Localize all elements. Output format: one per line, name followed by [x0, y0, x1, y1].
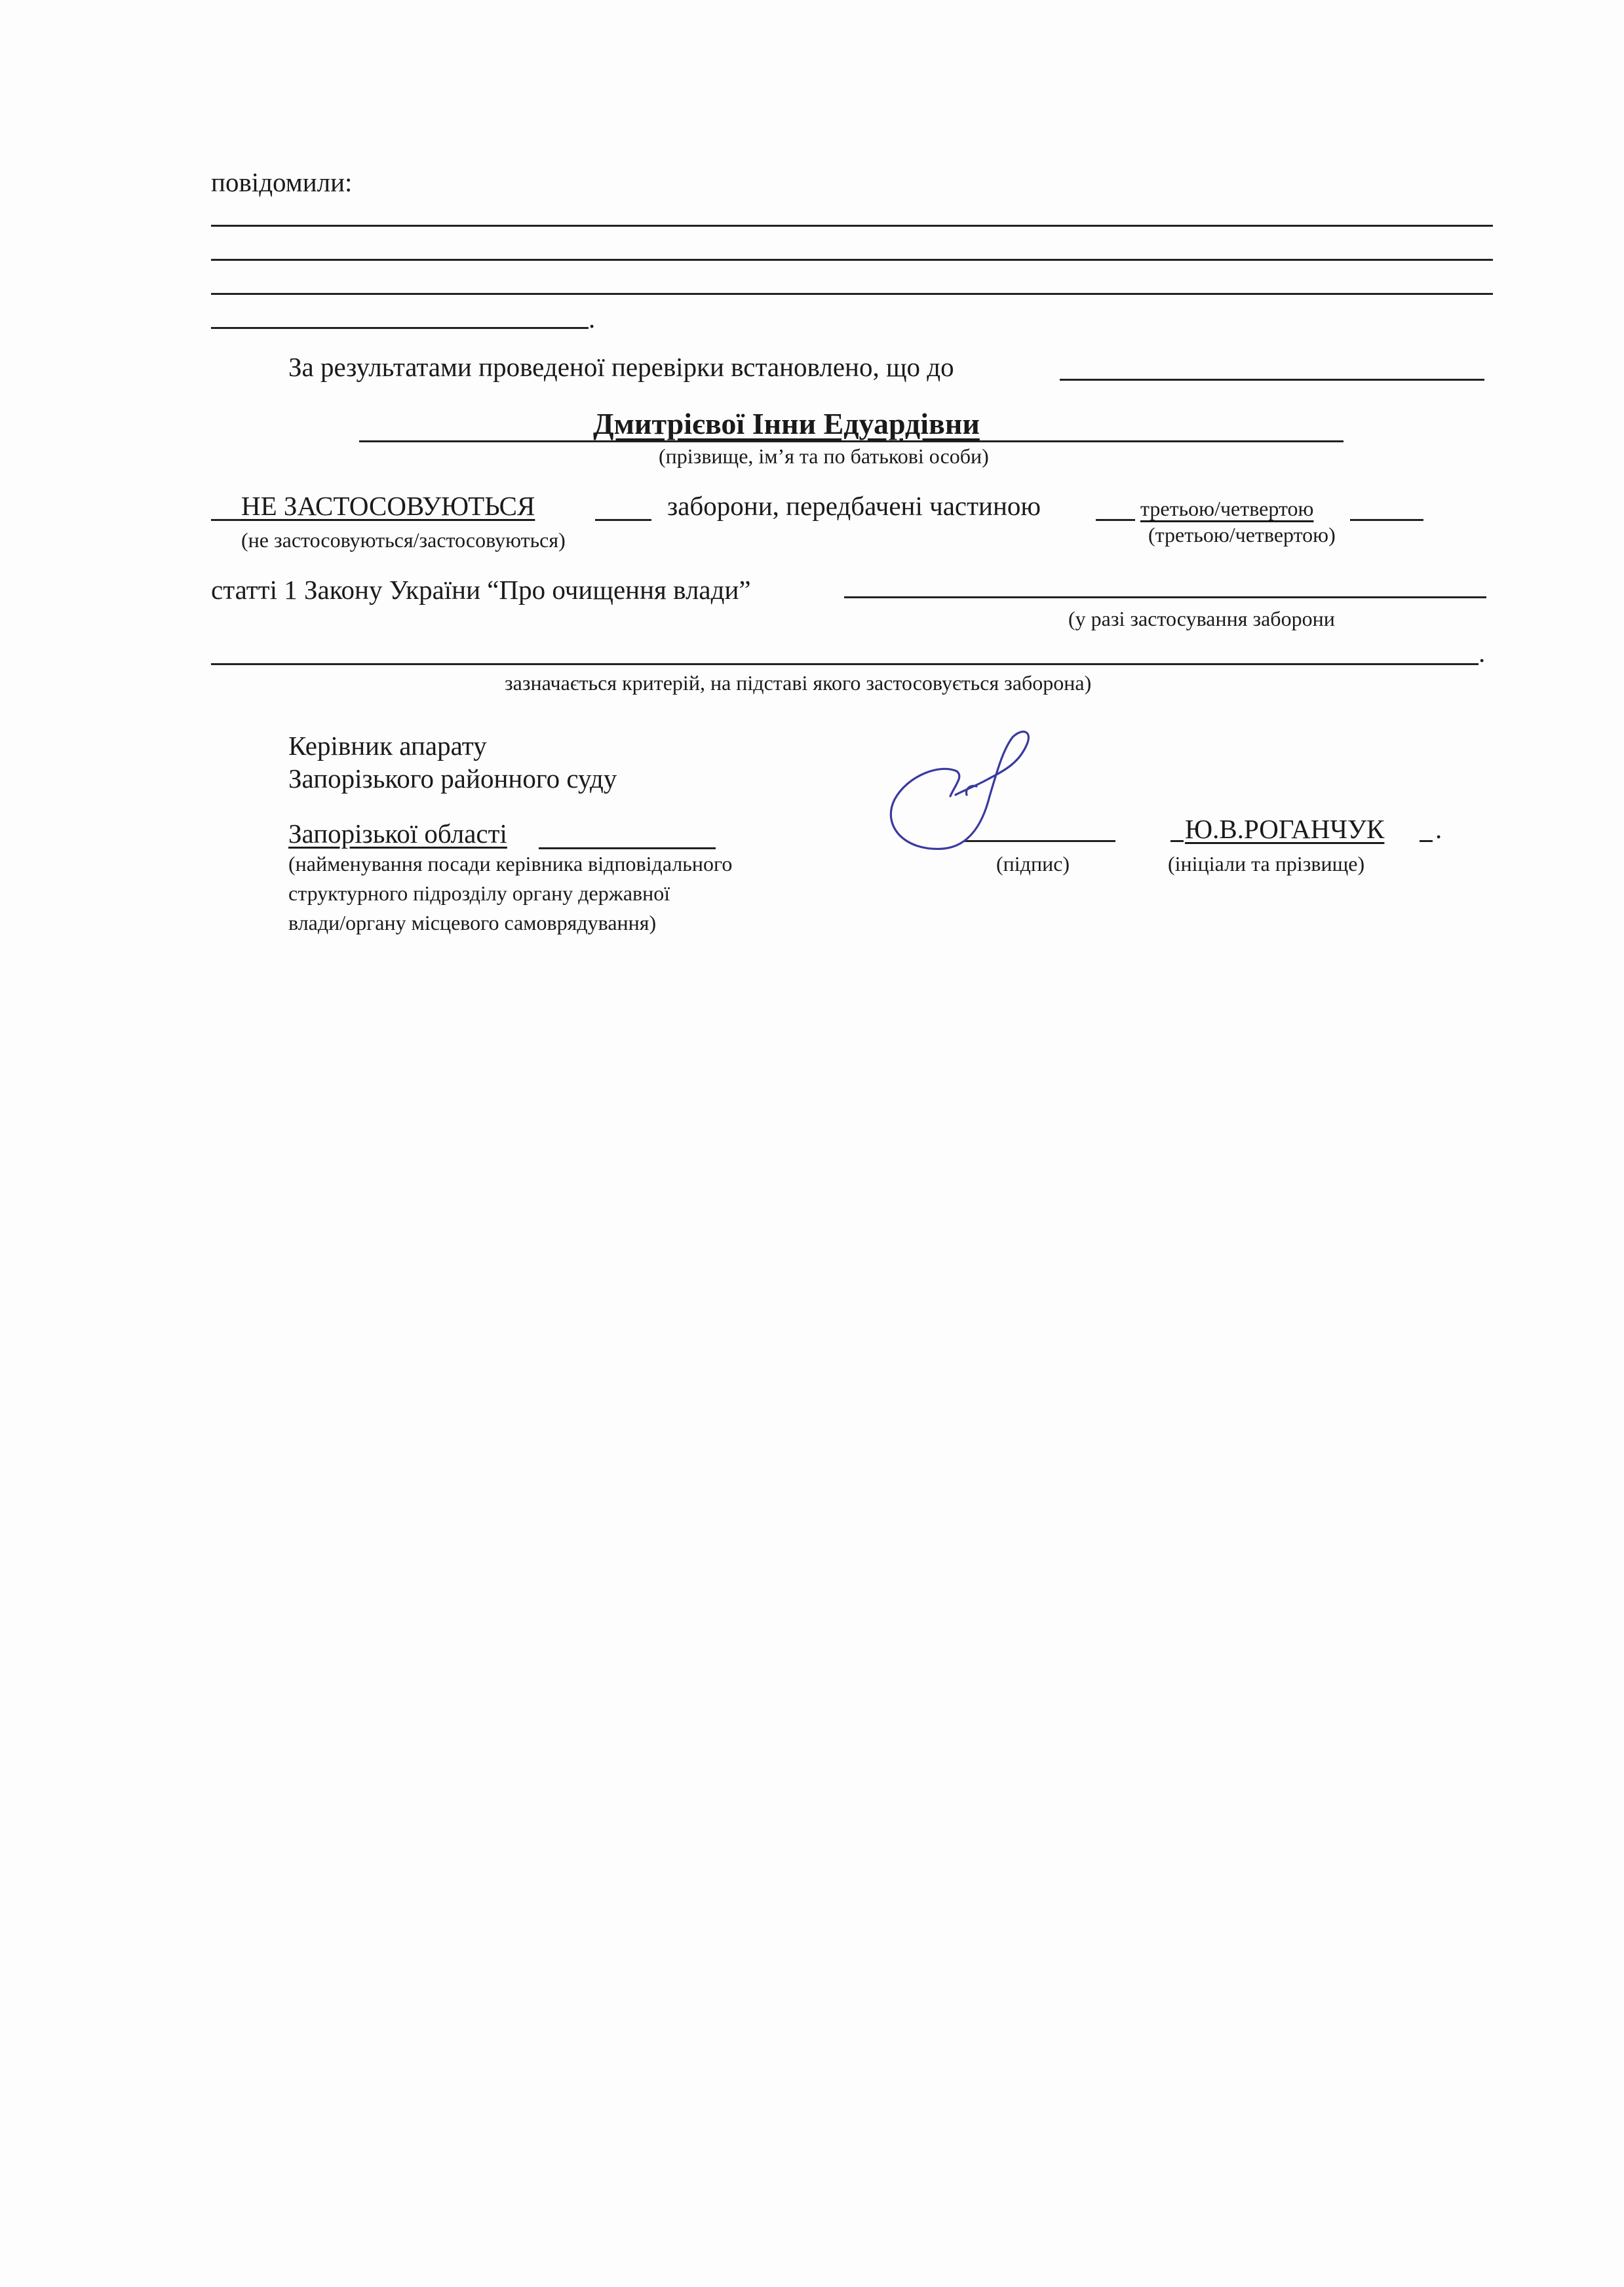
signatory-name: Ю.В.РОГАНЧУК [1185, 816, 1384, 843]
result-intro-blank [1060, 379, 1484, 381]
position-caption-line1: (найменування посади керівника відповіда… [288, 853, 732, 874]
position-caption-line2: структурного підрозділу органу державної [288, 883, 670, 904]
position-caption-line3: влади/органу місцевого самоврядування) [288, 912, 656, 933]
part-value: третьою/четвертою [1140, 497, 1313, 521]
name-pad-left [1170, 840, 1184, 842]
person-name-caption: (прізвище, ім’я та по батькові особи) [659, 446, 989, 467]
criterion-blank [211, 663, 1479, 665]
signatory-name-terminator: . [1435, 816, 1442, 843]
result-intro: За результатами проведеної перевірки вст… [288, 354, 954, 381]
blank-line-terminator: . [589, 305, 595, 332]
applicability-connector: заборони, передбачені частиною [667, 493, 1041, 520]
position-pad-right [539, 847, 716, 849]
applicability-pad-right [595, 519, 651, 521]
blank-line-1 [211, 225, 1493, 227]
signature-caption: (підпис) [996, 853, 1070, 874]
reported-label: повідомили: [211, 169, 352, 196]
signatory-position-line2: Запорізького районного суду [288, 765, 617, 792]
blank-line-3 [211, 293, 1493, 295]
part-pad-left [1096, 519, 1135, 521]
blank-line-4 [211, 327, 589, 329]
signatory-name-caption: (ініціали та прізвище) [1168, 853, 1364, 874]
signatory-position-line3: Запорізької області [288, 820, 507, 847]
applicability-caption: (не застосовуються/застосовуються) [241, 529, 566, 550]
blank-line-2 [211, 259, 1493, 261]
signature-icon [878, 724, 1114, 855]
signatory-position-line1: Керівник апарату [288, 733, 487, 759]
part-pad-right [1350, 519, 1423, 521]
name-pad-right [1420, 840, 1433, 842]
law-caption-line2: зазначається критерій, на підставі якого… [505, 672, 1091, 693]
person-name: Дмитрієвої Інни Едуардівни [593, 406, 980, 441]
law-reference: статті 1 Закону України “Про очищення вл… [211, 577, 751, 604]
law-reference-blank [844, 596, 1486, 598]
part-caption: (третьою/четвертою) [1148, 524, 1336, 545]
applicability-value: НЕ ЗАСТОСОВУЮТЬСЯ [241, 493, 535, 520]
criterion-terminator: . [1479, 640, 1485, 666]
law-caption-line1: (у разі застосування заборони [1068, 608, 1335, 629]
